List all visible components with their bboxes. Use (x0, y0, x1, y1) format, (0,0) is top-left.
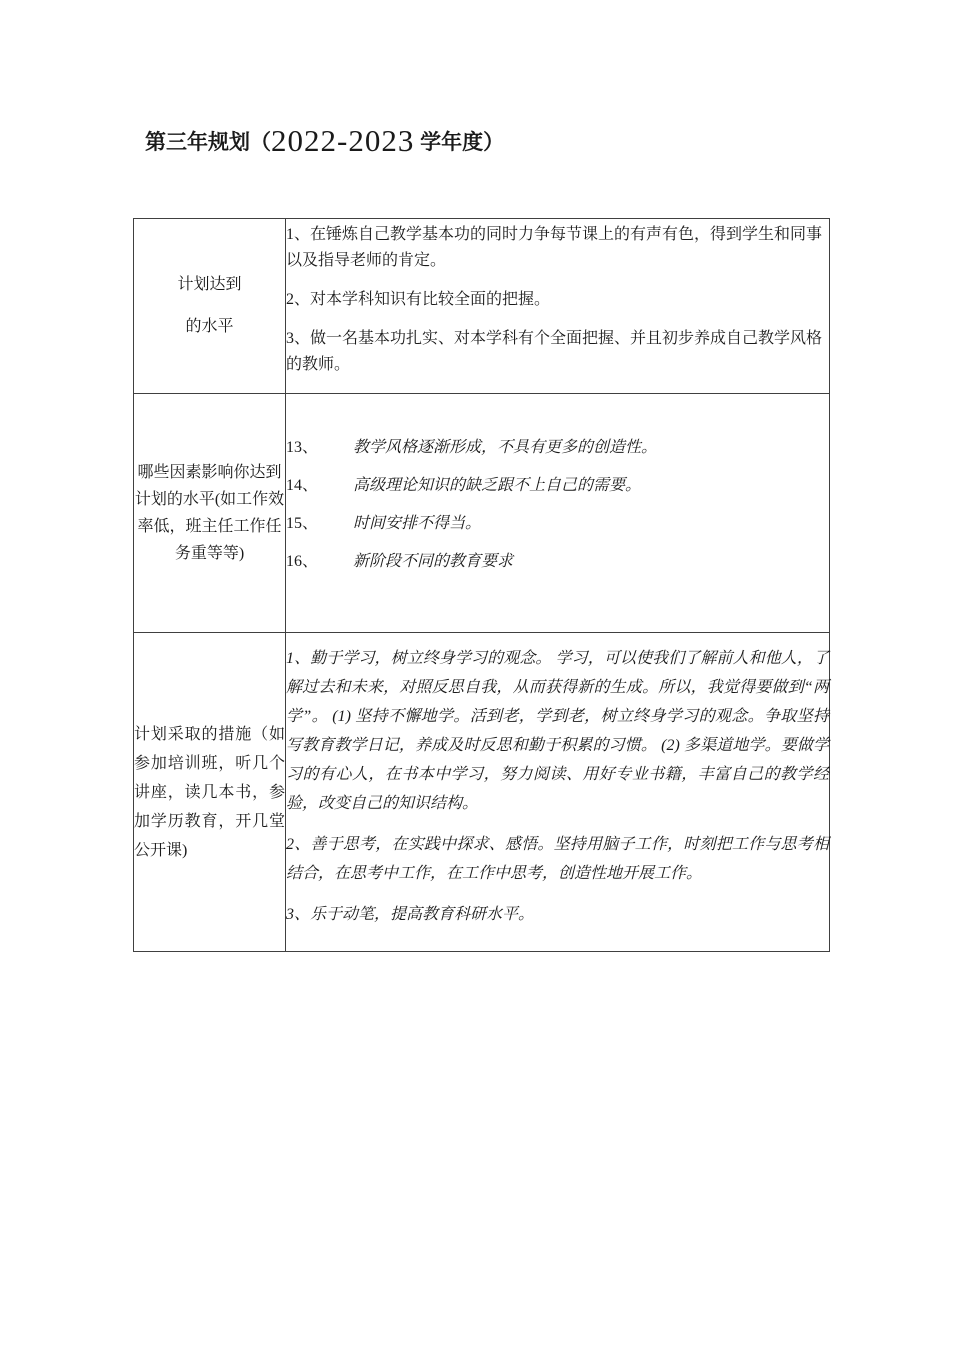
row3-header-cell: 计划采取的措施（如参加培训班，听几个讲座，读几本书，参加学历教育，开几堂公开课) (134, 633, 286, 952)
title-text-left: 第三年规划（ (145, 131, 271, 154)
row3-content-cell: 1、勤于学习，树立终身学习的观念。 学习，可以使我们了解前人和他人，了解过去和未… (286, 633, 830, 952)
table-row-planned-level: 计划达到 的水平 1、在锤炼自己教学基本功的同时力争每节课上的有声有色，得到学生… (134, 219, 830, 394)
factor-text: 教学风格逐渐形成，不具有更多的创造性。 (353, 439, 657, 456)
factor-number: 13、 (286, 437, 353, 459)
paragraph: 3、乐于动笔，提高教育科研水平。 (286, 900, 829, 929)
factor-item: 15、时间安排不得当。 (286, 513, 829, 535)
table-row-influencing-factors: 哪些因素影响你达到计划的水平(如工作效率低，班主任工作任务重等等) 13、教学风… (134, 394, 830, 633)
row2-header-text: 哪些因素影响你达到计划的水平(如工作效率低，班主任工作任务重等等) (134, 459, 285, 567)
row2-header-cell: 哪些因素影响你达到计划的水平(如工作效率低，班主任工作任务重等等) (134, 394, 286, 633)
table-row-planned-measures: 计划采取的措施（如参加培训班，听几个讲座，读几本书，参加学历教育，开几堂公开课)… (134, 633, 830, 952)
paragraph: 2、对本学科知识有比较全面的把握。 (286, 287, 829, 313)
factor-text: 新阶段不同的教育要求 (353, 553, 513, 570)
plan-table: 计划达到 的水平 1、在锤炼自己教学基本功的同时力争每节课上的有声有色，得到学生… (133, 218, 830, 952)
row1-content-cell: 1、在锤炼自己教学基本功的同时力争每节课上的有声有色，得到学生和同事以及指导老师… (286, 219, 830, 394)
factor-item: 16、新阶段不同的教育要求 (286, 551, 829, 573)
title-text-right: 学年度） (414, 131, 504, 154)
paragraph: 2、善于思考，在实践中探求、感悟。坚持用脑子工作，时刻把工作与思考相结合，在思考… (286, 830, 829, 888)
factor-text: 高级理论知识的缺乏跟不上自己的需要。 (353, 477, 641, 494)
factor-item: 14、高级理论知识的缺乏跟不上自己的需要。 (286, 475, 829, 497)
page-title: 第三年规划（2022-2023 学年度） (145, 120, 504, 159)
row1-header-cell: 计划达到 的水平 (134, 219, 286, 394)
paragraph: 3、做一名基本功扎实、对本学科有个全面把握、并且初步养成自己教学风格的教师。 (286, 326, 829, 378)
factor-number: 14、 (286, 475, 353, 497)
document-page: 第三年规划（2022-2023 学年度） 计划达到 的水平 1、在锤炼自己教学基… (0, 0, 960, 1357)
row1-header-line1: 计划达到 (134, 264, 285, 306)
title-year: 2022-2023 (271, 123, 414, 158)
row3-header-text: 计划采取的措施（如参加培训班，听几个讲座，读几本书，参加学历教育，开几堂公开课) (134, 720, 285, 865)
row2-content-cell: 13、教学风格逐渐形成，不具有更多的创造性。 14、高级理论知识的缺乏跟不上自己… (286, 394, 830, 633)
row1-header-line2: 的水平 (134, 306, 285, 348)
paragraph: 1、勤于学习，树立终身学习的观念。 学习，可以使我们了解前人和他人，了解过去和未… (286, 644, 829, 818)
factor-number: 15、 (286, 513, 353, 535)
factor-text: 时间安排不得当。 (353, 515, 481, 532)
factor-number: 16、 (286, 551, 353, 573)
paragraph: 1、在锤炼自己教学基本功的同时力争每节课上的有声有色，得到学生和同事以及指导老师… (286, 222, 829, 274)
factor-item: 13、教学风格逐渐形成，不具有更多的创造性。 (286, 437, 829, 459)
